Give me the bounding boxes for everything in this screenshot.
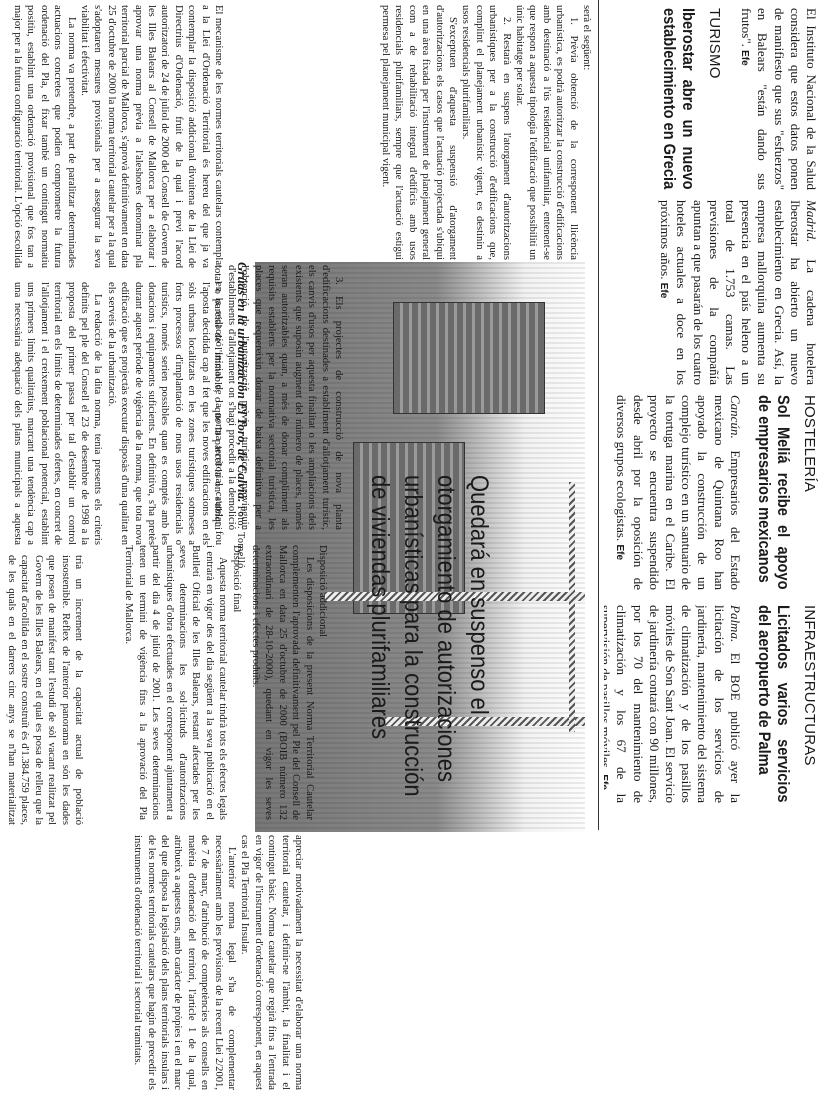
newspaper-page: El Instituto Nacional de la Salud consid…: [0, 0, 825, 1095]
story-iberostar-body: Madrid. La cadena hotelera Iberostar ha …: [655, 200, 819, 385]
section-kicker-turismo: TURISMO: [706, 8, 722, 190]
main-headline: Quedará en suspenso el otorgamiento de a…: [325, 475, 495, 801]
building-shape: [393, 302, 545, 414]
headline-iberostar: Iberostar abre un nuevo establecimiento …: [660, 8, 698, 190]
article-column-left: apreciar motivadament la necessitat d'el…: [5, 835, 305, 1090]
section-kicker-hosteleria: HOSTELERÍA: [801, 395, 817, 590]
sidebar-column-2: Madrid. La cadena hotelera Iberostar ha …: [604, 200, 819, 385]
scanned-page-frame: El Instituto Nacional de la Salud consid…: [0, 0, 825, 1095]
sidebar-column-1: El Instituto Nacional de la Salud consid…: [604, 8, 819, 190]
section-kicker-infraestructuras: INFRAESTRUCTURAS: [801, 605, 817, 803]
photo-caption: Grúas en la urbanización El Toro, de Cal…: [230, 262, 250, 782]
sidebar-column-3: HOSTELERÍA Sol Meliá recibe el apoyo de …: [604, 395, 819, 590]
sidebar-intro: El Instituto Nacional de la Salud consid…: [736, 8, 819, 190]
crane-jib: [569, 482, 575, 732]
article-column-bottom-1: El mecanisme de les normes territorials …: [5, 5, 225, 545]
article-column-disposicions: Disposició addicional Les disposicions d…: [95, 545, 335, 820]
story-sol-melia-body: Cancún. Empresarios del Estado mexicano …: [611, 395, 743, 590]
headline-sol-melia: Sol Meliá recibe el apoyo de empresarios…: [755, 395, 793, 590]
article-column-bottom-2: tria un increment de la capacitat actual…: [5, 555, 85, 825]
top-band-divider: [598, 0, 599, 830]
article-column-right: serà el següent: 1. Prèvia obtenció de l…: [293, 5, 593, 260]
photo-credit: Foto: Tomelló: [235, 506, 246, 569]
story-aeropuerto-body: Palma. El BOE publicó ayer la licitación…: [604, 605, 743, 803]
disposicio-addicional-title: Disposició addicional: [316, 545, 329, 820]
headline-aeropuerto: Licitados varios servicios del aeropuert…: [755, 605, 793, 803]
sidebar-column-4: INFRAESTRUCTURAS Licitados varios servic…: [604, 605, 819, 803]
